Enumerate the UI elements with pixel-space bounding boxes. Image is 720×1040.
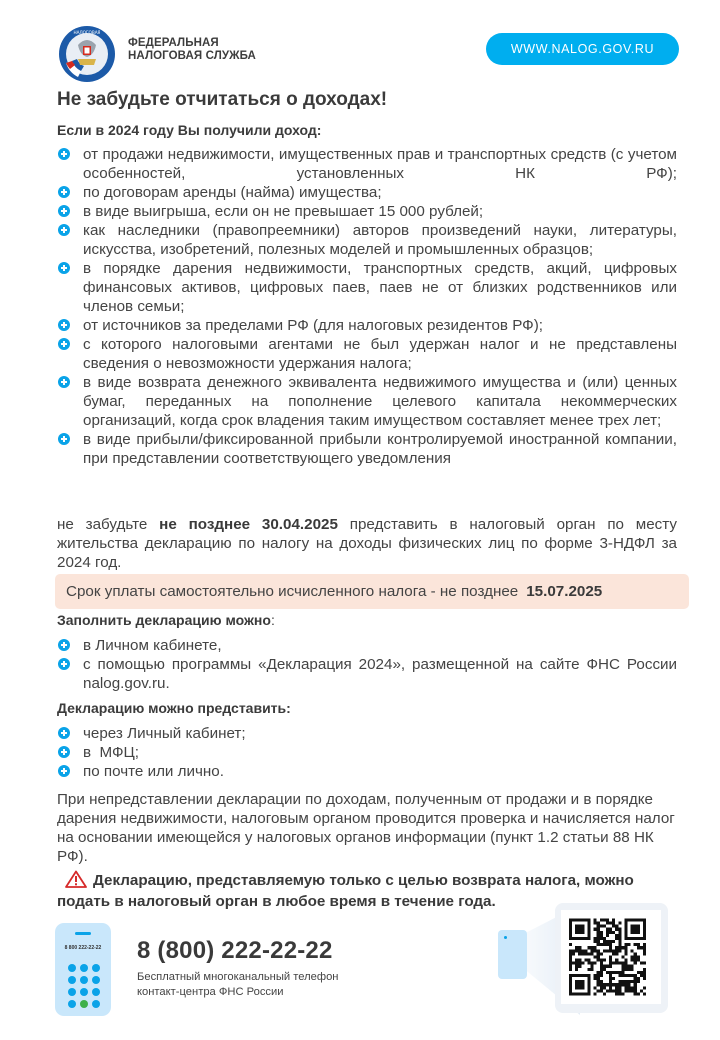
income-list: от продажи недвижимости, имущественных п… [57,145,677,468]
list-item-text: в порядке дарения недвижимости, транспор… [83,260,677,315]
plus-bullet-icon [58,262,70,274]
list-item: в виде возврата денежного эквивалента не… [57,373,677,430]
list-item-text: через Личный кабинет; [83,725,246,742]
qr-code-icon[interactable] [569,918,646,996]
plus-bullet-icon [58,338,70,350]
list-item-text: с которого налоговыми агентами не был уд… [83,336,677,372]
submit-list: через Личный кабинет; в МФЦ; по почте ил… [57,724,677,781]
payment-deadline-banner: Срок уплаты самостоятельно исчисленного … [55,574,689,609]
submit-heading: Декларацию можно представить: [57,700,291,716]
list-item: как наследники (правопреемники) авторов … [57,221,677,259]
plus-bullet-icon [58,205,70,217]
list-item-text: в МФЦ; [83,744,139,761]
list-item: в МФЦ; [57,743,677,762]
list-item: с помощью программы «Декларация 2024», р… [57,655,677,693]
plus-bullet-icon [58,639,70,651]
fns-emblem-icon: НАЛОГОВАЯ [58,25,116,83]
phone-card-number: 8 800 222-22-22 [55,945,111,951]
plus-bullet-icon [58,746,70,758]
fill-heading-colon: : [271,612,275,628]
income-heading: Если в 2024 году Вы получили доход: [57,122,321,138]
fill-list: в Личном кабинете, с помощью программы «… [57,636,677,693]
list-item-text: по почте или лично. [83,763,224,780]
plus-bullet-icon [58,727,70,739]
plus-bullet-icon [58,148,70,160]
list-item-text: от источников за пределами РФ (для налог… [83,317,543,334]
svg-text:НАЛОГОВАЯ: НАЛОГОВАЯ [74,30,101,35]
reminder-prefix: не забудьте [57,516,159,533]
list-item: с которого налоговыми агентами не был уд… [57,335,677,373]
plus-bullet-icon [58,765,70,777]
declaration-deadline: не позднее 30.04.2025 [159,516,338,533]
list-item-text: в виде выигрыша, если он не превышает 15… [83,203,483,220]
list-item: по договорам аренды (найма) имущества; [57,183,677,202]
hotline-description: Бесплатный многоканальный телефон контак… [137,970,338,1000]
organization-name: ФЕДЕРАЛЬНАЯ НАЛОГОВАЯ СЛУЖБА [128,37,256,63]
plus-bullet-icon [58,186,70,198]
list-item: от продажи недвижимости, имущественных п… [57,145,677,183]
warning-triangle-icon [65,870,87,888]
scanning-phone-icon [498,930,527,979]
list-item-text: в виде прибыли/фиксированной прибыли кон… [83,431,677,467]
hotline-phone-link[interactable]: 8 (800) 222-22-22 [137,937,333,965]
page-title: Не забудьте отчитаться о доходах! [57,89,387,111]
header: НАЛОГОВАЯ ФЕДЕРАЛЬНАЯ НАЛОГОВАЯ СЛУЖБА W… [0,0,720,85]
list-item: в виде прибыли/фиксированной прибыли кон… [57,430,677,468]
list-item: в Личном кабинете, [57,636,677,655]
list-item: в виде выигрыша, если он не превышает 15… [57,202,677,221]
plus-bullet-icon [58,658,70,670]
list-item: по почте или лично. [57,762,677,781]
website-link-button[interactable]: WWW.NALOG.GOV.RU [486,33,679,65]
list-item: от источников за пределами РФ (для налог… [57,316,677,335]
list-item-text: с помощью программы «Декларация 2024», р… [83,656,677,692]
org-name-line1: ФЕДЕРАЛЬНАЯ [128,37,256,50]
list-item-text: в виде возврата денежного эквивалента не… [83,374,677,429]
fill-heading: Заполнить декларацию можно: [57,612,275,628]
payment-deadline-date: 15.07.2025 [526,583,602,600]
phone-speaker [75,932,91,935]
plus-bullet-icon [58,433,70,445]
list-item-text: в Личном кабинете, [83,637,222,654]
reminder-paragraph: не забудьте не позднее 30.04.2025 предст… [57,515,677,572]
non-submission-note: При непредставлении декларации по дохода… [57,790,677,866]
plus-bullet-icon [58,376,70,388]
hotline-description-line2: контакт-центра ФНС России [137,985,338,1000]
list-item-text: по договорам аренды (найма) имущества; [83,184,382,201]
warning-text: Декларацию, представляемую только с цель… [57,872,634,910]
list-item: через Личный кабинет; [57,724,677,743]
plus-bullet-icon [58,319,70,331]
payment-deadline-text: Срок уплаты самостоятельно исчисленного … [66,583,518,600]
hotline-description-line1: Бесплатный многоканальный телефон [137,970,338,985]
list-item-text: от продажи недвижимости, имущественных п… [83,146,677,182]
list-item: в порядке дарения недвижимости, транспор… [57,259,677,316]
keypad-icon [68,964,100,1008]
phone-illustration: 8 800 222-22-22 [55,923,111,1016]
plus-bullet-icon [58,224,70,236]
fill-heading-text: Заполнить декларацию можно [57,612,271,628]
list-item-text: как наследники (правопреемники) авторов … [83,222,677,258]
org-name-line2: НАЛОГОВАЯ СЛУЖБА [128,50,256,63]
